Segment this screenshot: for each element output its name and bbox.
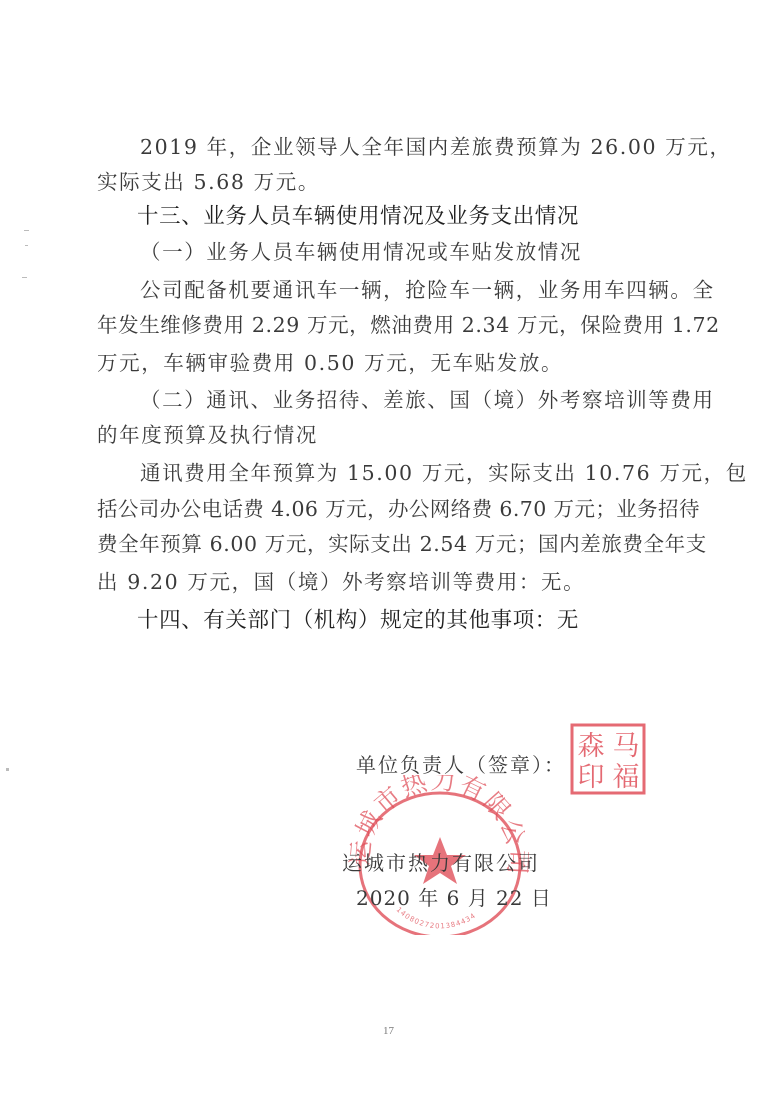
scan-mark [22,277,27,278]
page-number: 17 [383,1025,394,1037]
paragraph-line: 2019 年，企业领导人全年国内差旅费预算为 26.00 万元， [140,134,688,160]
svg-text:森: 森 [578,731,605,762]
paragraph-line: 费全年预算 6.00 万元，实际支出 2.54 万元；国内差旅费全年支 [97,531,687,557]
document-page: 2019 年，企业领导人全年国内差旅费预算为 26.00 万元， 实际支出 5.… [0,0,782,1105]
paragraph-line: 括公司办公电话费 4.06 万元，办公网络费 6.70 万元；业务招待 [97,496,687,522]
scan-mark [6,768,9,771]
company-name: 运城市热力有限公司 [342,850,540,876]
subsection-heading-1: （一）业务人员车辆使用情况或车贴发放情况 [140,239,730,265]
personal-seal: 马 森 福 印 [569,722,647,796]
paragraph-line: 实际支出 5.68 万元。 [97,169,687,195]
paragraph-line: 出 9.20 万元，国（境）外考察培训等费用：无。 [97,569,687,595]
sign-date: 2020 年 6 月 22 日 [356,885,552,911]
scan-mark [25,245,28,246]
svg-text:印: 印 [578,762,605,793]
svg-text:福: 福 [613,762,640,793]
paragraph-line: 通讯费用全年预算为 15.00 万元，实际支出 10.76 万元，包 [140,460,688,486]
svg-text:马: 马 [613,731,640,762]
section-heading-14: 十四、有关部门（机构）规定的其他事项：无 [137,608,727,634]
paragraph-line: 年发生维修费用 2.29 万元，燃油费用 2.34 万元，保险费用 1.72 [97,312,687,338]
scan-mark [24,230,29,231]
subsection-heading-2: （二）通讯、业务招待、差旅、国（境）外考察培训等费用 [140,387,688,413]
paragraph-line: 公司配备机要通讯车一辆，抢险车一辆，业务用车四辆。全 [140,277,688,303]
paragraph-line: 万元，车辆审验费用 0.50 万元，无车贴发放。 [97,350,687,376]
subsection-heading-2-cont: 的年度预算及执行情况 [97,422,687,448]
section-heading-13: 十三、业务人员车辆使用情况及业务支出情况 [137,204,727,230]
